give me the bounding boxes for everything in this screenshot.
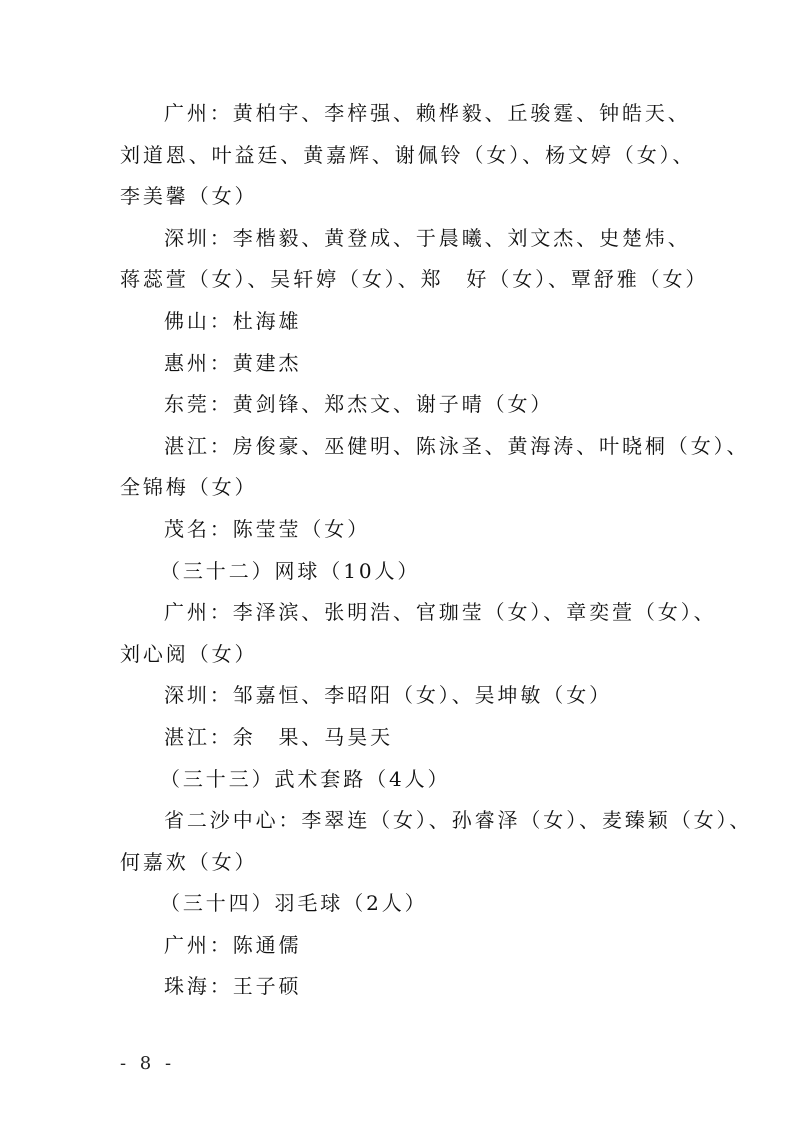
roster-entry-shenzhen: 深圳：李楷毅、黄登成、于晨曦、刘文杰、史楚炜、	[120, 218, 676, 260]
roster-entry-zhanjiang: 湛江：余 果、马昊天	[120, 717, 676, 759]
roster-entry-guangzhou: 广州：黄柏宇、李梓强、赖桦毅、丘骏霆、钟皓天、	[120, 93, 676, 135]
roster-entry-zhanjiang: 湛江：房俊豪、巫健明、陈泳圣、黄海涛、叶晓桐（女）、	[120, 426, 676, 468]
roster-entry-continuation: 刘心阅（女）	[120, 634, 676, 676]
roster-entry-guangzhou: 广州：李泽滨、张明浩、官珈莹（女）、章奕萱（女）、	[120, 592, 676, 634]
document-body: 广州：黄柏宇、李梓强、赖桦毅、丘骏霆、钟皓天、 刘道恩、叶益廷、黄嘉辉、谢佩铃（…	[120, 93, 676, 1008]
roster-entry-ersha-center: 省二沙中心：李翠连（女）、孙睿泽（女）、麦臻颖（女）、	[120, 800, 676, 842]
roster-entry-continuation: 李美馨（女）	[120, 176, 676, 218]
section-heading-badminton: （三十四）羽毛球（2人）	[120, 883, 676, 925]
roster-entry-shenzhen: 深圳：邹嘉恒、李昭阳（女）、吴坤敏（女）	[120, 675, 676, 717]
page-number: - 8 -	[120, 1053, 175, 1074]
roster-entry-zhuhai: 珠海：王子硕	[120, 966, 676, 1008]
roster-entry-dongguan: 东莞：黄剑锋、郑杰文、谢子晴（女）	[120, 384, 676, 426]
section-heading-wushu: （三十三）武术套路（4人）	[120, 759, 676, 801]
roster-entry-continuation: 何嘉欢（女）	[120, 842, 676, 884]
roster-entry-foshan: 佛山：杜海雄	[120, 301, 676, 343]
roster-entry-guangzhou: 广州：陈通儒	[120, 925, 676, 967]
roster-entry-continuation: 刘道恩、叶益廷、黄嘉辉、谢佩铃（女）、杨文婷（女）、	[120, 135, 676, 177]
roster-entry-huizhou: 惠州：黄建杰	[120, 343, 676, 385]
roster-entry-continuation: 全锦梅（女）	[120, 467, 676, 509]
roster-entry-maoming: 茂名：陈莹莹（女）	[120, 509, 676, 551]
section-heading-tennis: （三十二）网球（10人）	[120, 551, 676, 593]
roster-entry-continuation: 蒋蕊萱（女）、吴轩婷（女）、郑 好（女）、覃舒雅（女）	[120, 259, 676, 301]
